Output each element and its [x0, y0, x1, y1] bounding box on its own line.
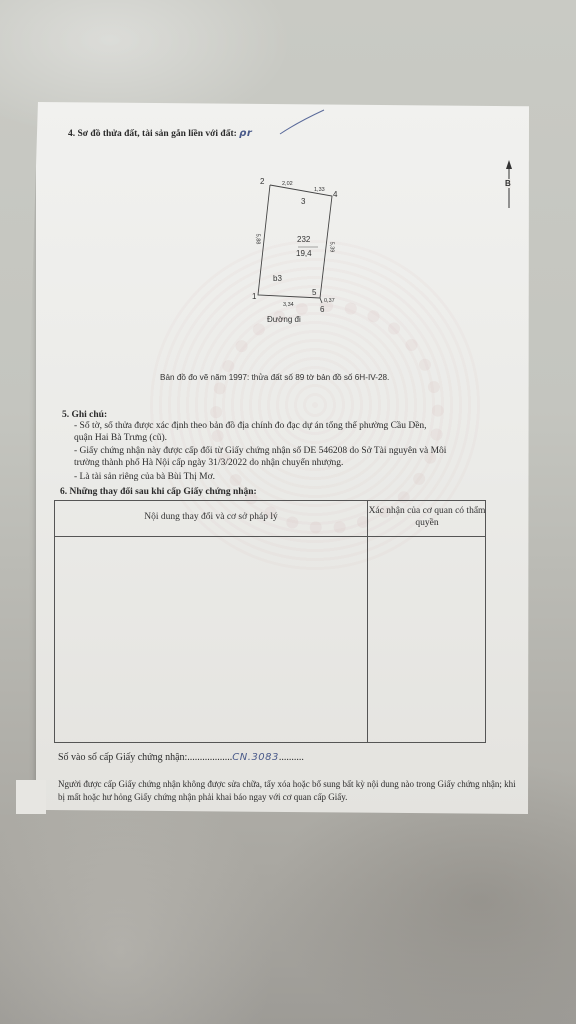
measure-right: 5,39 — [328, 242, 334, 253]
measure-5-6: 0,37 — [324, 298, 335, 304]
registry-value: CN.3083 — [232, 752, 279, 763]
measure-top-2-3: 2,02 — [282, 181, 293, 187]
section-5-heading: 5. Ghi chú: — [62, 410, 107, 420]
road-label: Đường đi — [267, 315, 301, 324]
note-line: quận Hai Bà Trưng (cũ). — [74, 433, 167, 443]
section-4-title: 4. Sơ đồ thửa đất, tài sản gắn liền với … — [68, 129, 237, 139]
paper-corner — [16, 780, 46, 814]
signature-stroke — [258, 108, 328, 138]
parcel-label: b3 — [273, 274, 282, 283]
land-plot-diagram: 2 2,02 1,33 4 3 5,88 5,39 232 19,4 b3 5 … — [240, 170, 360, 340]
registry-label: Số vào sổ cấp Giấy chứng nhận: — [58, 752, 187, 763]
note-line: trường thành phố Hà Nội cấp ngày 31/3/20… — [74, 458, 343, 468]
north-label: B — [505, 179, 511, 188]
point-6: 6 — [320, 305, 324, 314]
handwritten-initials: ρr — [239, 128, 252, 139]
section-4-heading: 4. Sơ đồ thửa đất, tài sản gắn liền với … — [68, 128, 252, 139]
parcel-number: 232 — [297, 235, 310, 244]
note-line: - Số tờ, số thửa được xác định theo bản … — [74, 421, 427, 431]
note-line: - Là tài sản riêng của bà Bùi Thị Mơ. — [74, 472, 215, 482]
point-5: 5 — [312, 288, 316, 297]
north-arrow: B — [502, 160, 516, 210]
column-header-content: Nội dung thay đổi và cơ sở pháp lý — [55, 512, 367, 522]
section-6-heading: 6. Những thay đổi sau khi cấp Giấy chứng… — [60, 487, 257, 497]
point-2: 2 — [260, 177, 264, 186]
measure-bottom: 3,34 — [283, 302, 294, 308]
registry-dots: .................. — [187, 752, 232, 763]
note-line: - Giấy chứng nhận này được cấp đổi từ Gi… — [74, 446, 446, 456]
parcel-area: 19,4 — [296, 249, 312, 258]
point-1: 1 — [252, 292, 256, 301]
measure-left: 5,88 — [254, 234, 260, 245]
column-header-confirmation: Xác nhận của cơ quan có thẩm quyền — [367, 505, 487, 529]
registry-dots: .......... — [279, 752, 304, 763]
point-4: 4 — [333, 190, 337, 199]
header-divider — [55, 536, 485, 537]
column-divider — [367, 501, 368, 742]
map-caption: Bản đồ đo vẽ năm 1997: thửa đất số 89 tờ… — [160, 373, 389, 382]
point-3: 3 — [301, 197, 305, 206]
measure-top-3-4: 1,33 — [314, 187, 325, 193]
changes-table: Nội dung thay đổi và cơ sở pháp lý Xác n… — [54, 500, 486, 743]
warning-notice: Người được cấp Giấy chứng nhận không đượ… — [58, 778, 518, 803]
registry-number-line: Số vào sổ cấp Giấy chứng nhận:..........… — [58, 752, 304, 763]
